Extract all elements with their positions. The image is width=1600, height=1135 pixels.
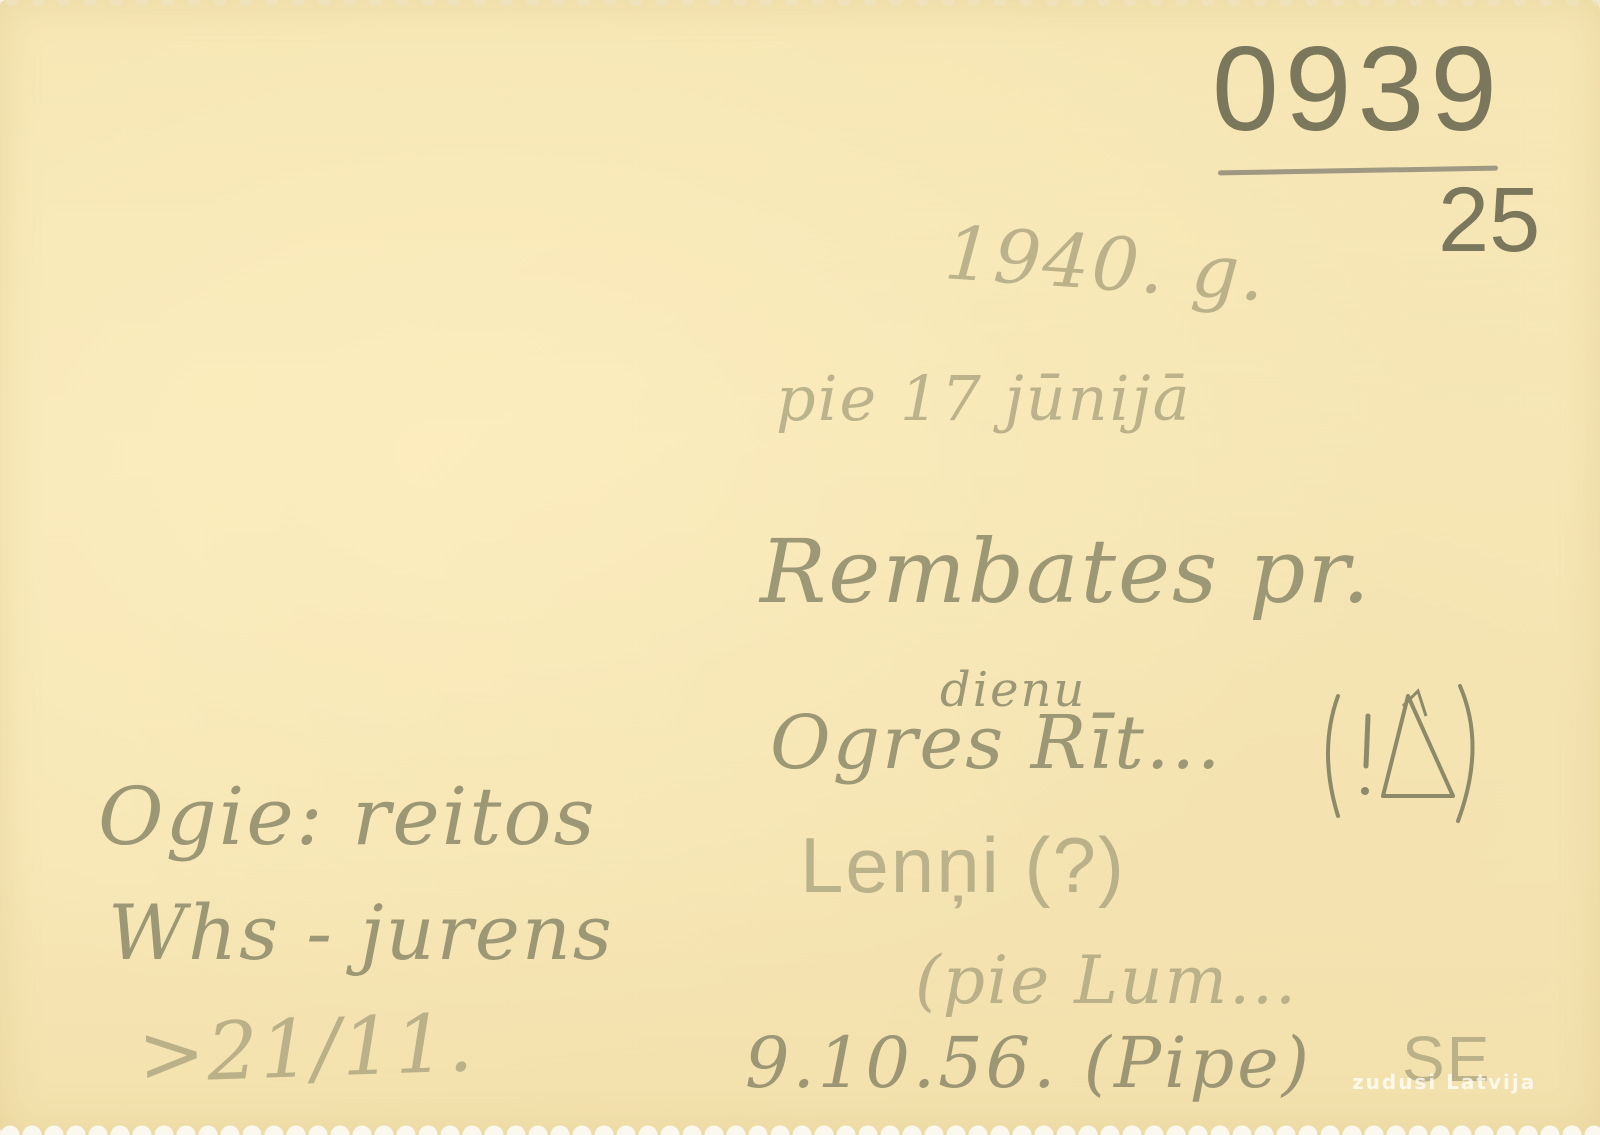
left-annotation-3: >21/11. bbox=[136, 996, 476, 1101]
photo-back-paper: 0939 25 1940. g. pie 17 jūnijā Rembates … bbox=[0, 0, 1600, 1135]
deckle-edge-top bbox=[0, 0, 1600, 6]
name-annotation-2: Ogres Rīt... bbox=[770, 700, 1222, 786]
bottom-date-annotation: 9.10.56. (Pipe) bbox=[745, 1022, 1312, 1104]
left-annotation-1: Ogie: reitos bbox=[98, 770, 597, 863]
watermark: zudusi Latvija bbox=[1352, 1070, 1536, 1094]
year-annotation: 1940. g. bbox=[942, 210, 1269, 318]
catalog-sub-number: 25 bbox=[1438, 168, 1540, 273]
date-annotation: pie 17 jūnijā bbox=[776, 362, 1192, 435]
name-annotation-4: (pie Lum... bbox=[915, 942, 1298, 1019]
triangle-symbol-icon bbox=[1308, 676, 1484, 826]
name-annotation-1: Rembates pr. bbox=[760, 520, 1372, 623]
name-annotation-3: Lenņi (?) bbox=[800, 820, 1126, 911]
deckle-edge-bottom bbox=[0, 1121, 1600, 1135]
catalog-number: 0939 bbox=[1212, 20, 1503, 158]
left-annotation-2: Whs - jurens bbox=[108, 888, 614, 977]
